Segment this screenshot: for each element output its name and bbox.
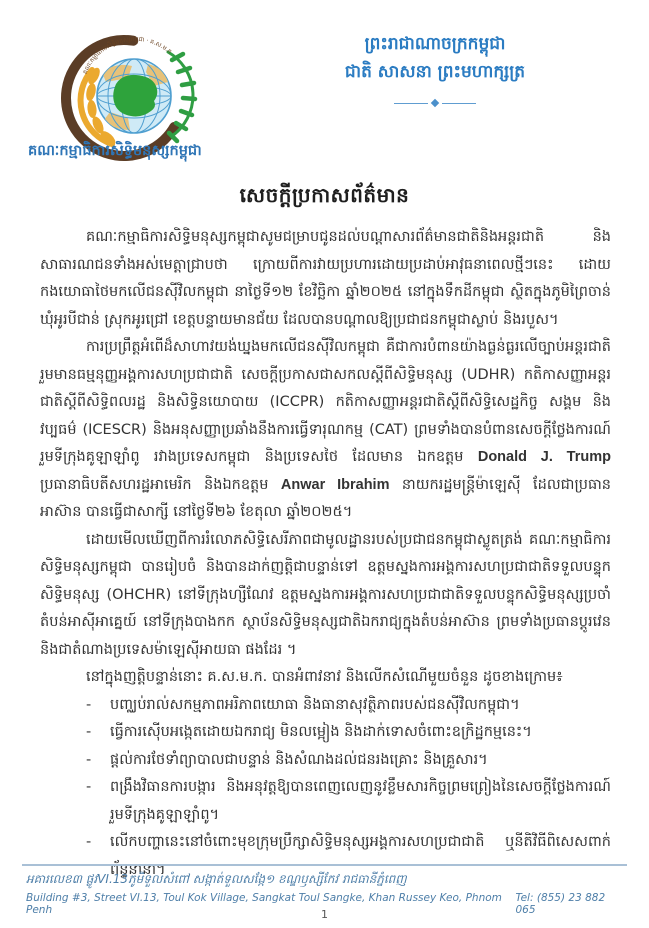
kingdom-motto-line2: ជាតិ សាសនា ព្រះមហាក្សត្រ — [270, 58, 600, 86]
demands-intro: នៅក្នុងញត្តិបន្ទាន់នោះ គ.ស.ម.ក. បានអំពាវ… — [40, 664, 611, 692]
paragraph-1: គណៈកម្មាធិការសិទ្ធិមនុស្សកម្ពុជាសូមជម្រា… — [40, 224, 611, 334]
document-page: គណៈកម្មាធិការសិទ្ធិមនុស្សកម្ពុជា · គ.ស.ម… — [0, 0, 649, 928]
demand-item: - ធ្វើការស៊ើបអង្កេតដោយឯករាជ្យ មិនលម្អៀង … — [40, 719, 611, 747]
demand-item: - បញ្ឈប់រាល់សកម្មភាពអរិភាពយោធា និងធានាសុ… — [40, 692, 611, 720]
kingdom-motto: ព្រះរាជាណាចក្រកម្ពុជា ជាតិ សាសនា ព្រះមហា… — [270, 30, 600, 106]
organization-name: គណៈកម្មាធិការសិទ្ធិមនុស្សកម្ពុជា — [28, 142, 278, 163]
cambodia-map-icon — [113, 75, 157, 117]
bullet-dash: - — [86, 829, 110, 857]
kingdom-motto-line1: ព្រះរាជាណាចក្រកម្ពុជា — [270, 30, 600, 58]
footer-address-khmer: អគារលេខ៣ ផ្លូវVI.13ភូមិទួលសំពៅ សង្កាត់ទួ… — [26, 871, 623, 889]
demands-list: - បញ្ឈប់រាល់សកម្មភាពអរិភាពយោធា និងធានាសុ… — [40, 692, 611, 885]
page-number: 1 — [0, 908, 649, 921]
document-title: សេចក្តីប្រកាសព័ត៌មាន — [0, 182, 649, 212]
demand-text: បញ្ឈប់រាល់សកម្មភាពអរិភាពយោធា និងធានាសុវត… — [110, 692, 611, 720]
bullet-dash: - — [86, 774, 110, 802]
paragraph-2: ការប្រព្រឹត្តអំពើដ៏សាហាវយង់ឃ្នងមកលើជនស៊ី… — [40, 334, 611, 527]
footer-divider — [22, 864, 627, 866]
paragraph-3: ដោយមើលឃើញពីការរំលោភសិទ្ធិសេរីភាពជាមូលដ្ឋ… — [40, 527, 611, 665]
document-body: គណៈកម្មាធិការសិទ្ធិមនុស្សកម្ពុជាសូមជម្រា… — [40, 224, 611, 884]
motto-divider-ornament — [270, 100, 600, 106]
bullet-dash: - — [86, 719, 110, 747]
demand-text: ពង្រឹងវិធានការបង្ការ និងអនុវត្តឱ្យបានពេញ… — [110, 774, 611, 829]
demand-text: ធ្វើការស៊ើបអង្កេតដោយឯករាជ្យ មិនលម្អៀង និ… — [110, 719, 611, 747]
bullet-dash: - — [86, 692, 110, 720]
demand-text: ផ្តល់ការថែទាំព្យាបាលជាបន្ទាន់ និងសំណងដល់… — [110, 747, 611, 775]
demand-item: - ផ្តល់ការថែទាំព្យាបាលជាបន្ទាន់ និងសំណងដ… — [40, 747, 611, 775]
demand-item: - ពង្រឹងវិធានការបង្ការ និងអនុវត្តឱ្យបានព… — [40, 774, 611, 829]
bullet-dash: - — [86, 747, 110, 775]
